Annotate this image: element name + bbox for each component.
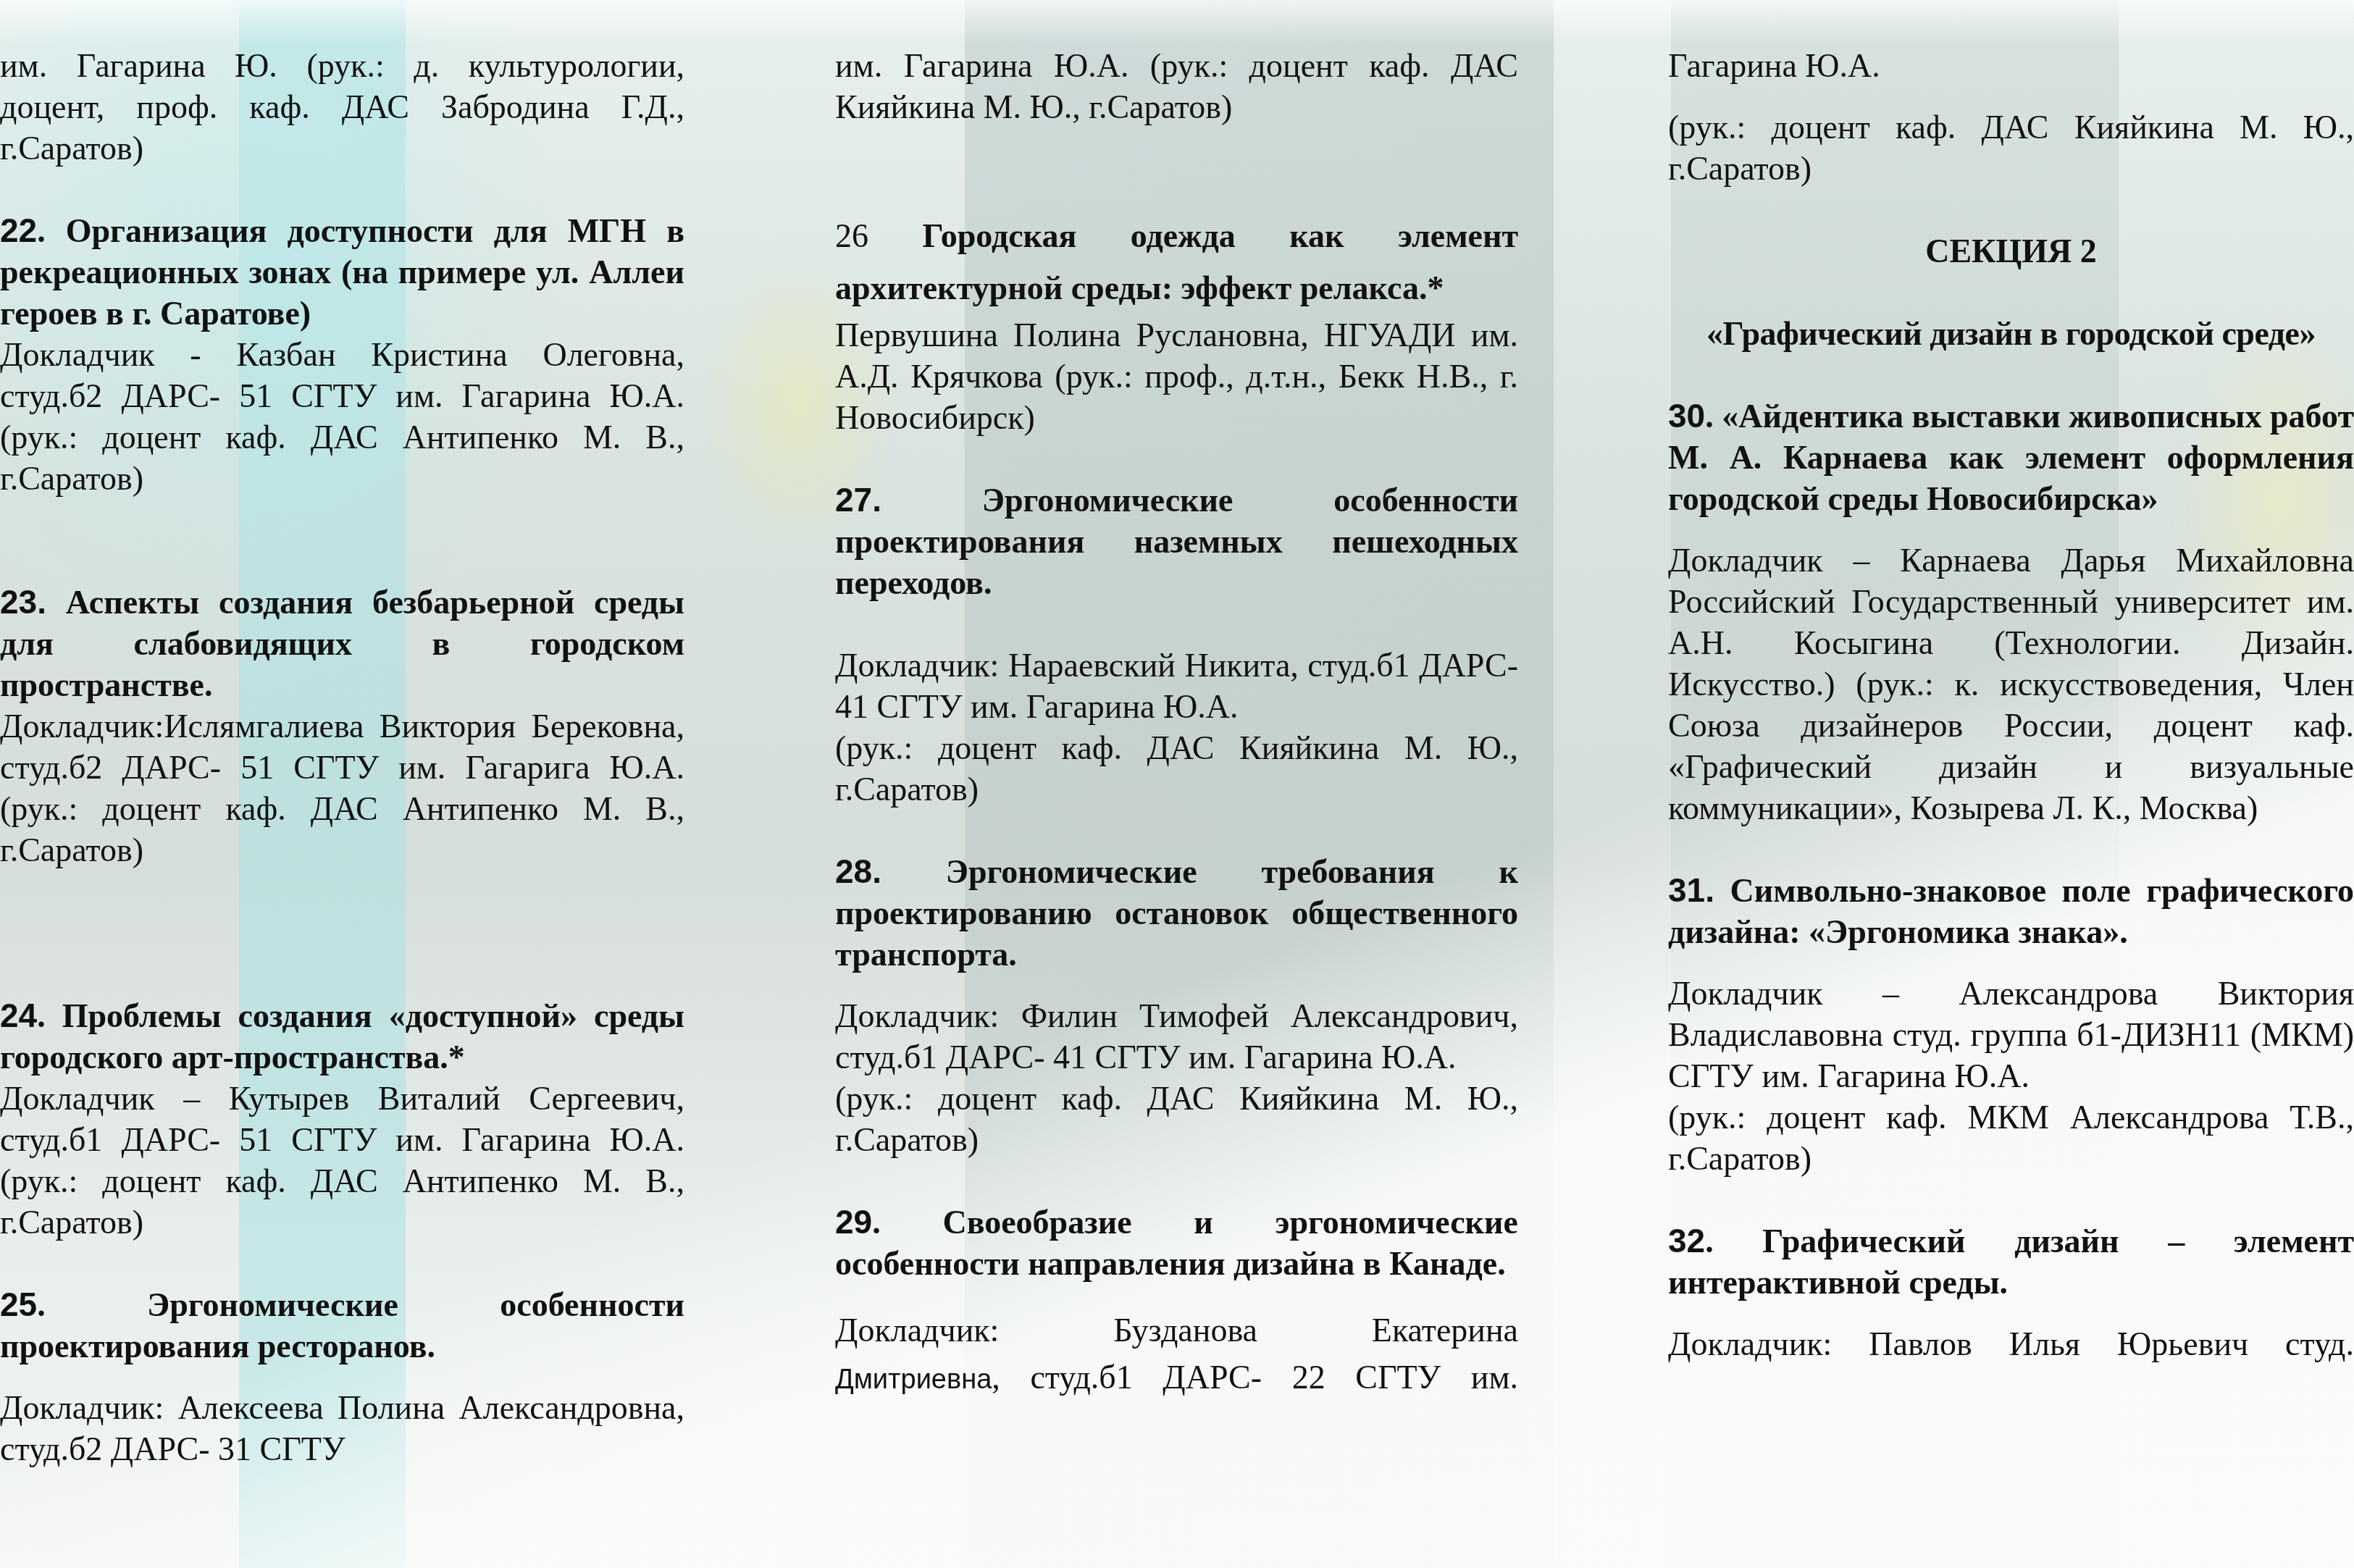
item-speaker: Первушина Полина Руслановна, НГУАДИ им. … <box>835 314 1518 438</box>
item-title: 32. Графический дизайн – элемент интерак… <box>1668 1220 2354 1303</box>
continuation-text-line2: (рук.: доцент каф. ДАС Кияйкина М. Ю., г… <box>1668 106 2354 189</box>
item-speaker: Докладчик – Кутырев Виталий Сергеевич, с… <box>0 1078 684 1243</box>
item-speaker-line2: Дмитриевна, студ.б1 ДАРС- 22 СГТУ им. <box>835 1357 1518 1401</box>
item-supervisor: (рук.: доцент каф. ДАС Кияйкина М. Ю., г… <box>835 1078 1518 1160</box>
item-number: 29 <box>835 1203 872 1241</box>
item-supervisor: (рук.: доцент каф. ДАС Кияйкина М. Ю., г… <box>835 727 1518 810</box>
item-speaker: Докладчик: Филин Тимофей Александрович, … <box>835 995 1518 1078</box>
item-number: 27. <box>835 481 881 519</box>
program-item-24: 24. Проблемы создания «доступной» среды … <box>0 995 684 1243</box>
item-number: 25 <box>0 1286 37 1323</box>
item-title: 28. Эргономические требования к проектир… <box>835 851 1518 975</box>
item-title: 22. Организация доступности для МГН в ре… <box>0 210 684 334</box>
column-middle: им. Гагарина Ю.А. (рук.: доцент каф. ДАС… <box>835 45 1518 1401</box>
program-item-26: 26 Городская одежда как элемент архитект… <box>835 210 1518 438</box>
item-title: 30. «Айдентика выставки живописных работ… <box>1668 395 2354 519</box>
program-item-28: 28. Эргономические требования к проектир… <box>835 851 1518 1160</box>
item-speaker: Докладчик: Алексеева Полина Александровн… <box>0 1387 684 1470</box>
continuation-text-line1: Гагарина Ю.А. <box>1668 45 2354 86</box>
item-supervisor: (рук.: доцент каф. МКМ Александрова Т.В.… <box>1668 1097 2354 1179</box>
item-speaker: Докладчик - Казбан Кристина Олеговна, ст… <box>0 334 684 499</box>
item-speaker: Докладчик: Павлов Илья Юрьевич студ. <box>1668 1323 2354 1364</box>
item-title: 25. Эргономические особенности проектиро… <box>0 1284 684 1367</box>
section-heading: СЕКЦИЯ 2 <box>1668 230 2354 272</box>
item-number: 32 <box>1668 1222 1705 1259</box>
item-number: 24 <box>0 997 37 1034</box>
item-title: 29. Своеобразие и эргономические особенн… <box>835 1202 1518 1284</box>
item-number: 31. <box>1668 871 1714 909</box>
program-item-23: 23. Аспекты создания безбарьерной среды … <box>0 582 684 871</box>
program-item-22: 22. Организация доступности для МГН в ре… <box>0 210 684 499</box>
column-right: Гагарина Ю.А. (рук.: доцент каф. ДАС Кия… <box>1668 45 2354 1364</box>
program-item-27: 27. Эргономические особенности проектиро… <box>835 479 1518 810</box>
program-item-31: 31. Символьно-знаковое поле графического… <box>1668 870 2354 1179</box>
column-left: им. Гагарина Ю. (рук.: д. культурологии,… <box>0 45 684 1470</box>
program-item-30: 30. «Айдентика выставки живописных работ… <box>1668 395 2354 829</box>
item-title: 23. Аспекты создания безбарьерной среды … <box>0 582 684 705</box>
continuation-text: им. Гагарина Ю. (рук.: д. культурологии,… <box>0 45 684 169</box>
continuation-text: им. Гагарина Ю.А. (рук.: доцент каф. ДАС… <box>835 45 1518 127</box>
background-top-fade <box>0 0 2354 43</box>
item-speaker: Докладчик – Александрова Виктория Владис… <box>1668 973 2354 1097</box>
item-title: 31. Символьно-знаковое поле графического… <box>1668 870 2354 952</box>
program-item-25: 25. Эргономические особенности проектиро… <box>0 1284 684 1470</box>
item-speaker: Докладчик: Нараевский Никита, студ.б1 ДА… <box>835 645 1518 727</box>
item-number: 23. <box>0 583 46 621</box>
item-number: 28. <box>835 852 881 890</box>
item-title: 26 Городская одежда как элемент архитект… <box>835 210 1518 314</box>
item-number: 22 <box>0 211 37 249</box>
item-speaker: Докладчик – Карнаева Дарья Михайловна Ро… <box>1668 540 2354 829</box>
item-speaker-line1: Докладчик: Бузданова Екатерина <box>835 1304 1518 1357</box>
item-number: 30 <box>1668 397 1705 435</box>
program-item-29: 29. Своеобразие и эргономические особенн… <box>835 1202 1518 1401</box>
item-speaker: Докладчик:Ислямгалиева Виктория Берековн… <box>0 705 684 871</box>
item-number: 26 <box>835 217 868 254</box>
item-title: 24. Проблемы создания «доступной» среды … <box>0 995 684 1078</box>
item-title: 27. Эргономические особенности проектиро… <box>835 479 1518 603</box>
program-item-32: 32. Графический дизайн – элемент интерак… <box>1668 1220 2354 1364</box>
section-subtitle: «Графический дизайн в городской среде» <box>1668 313 2354 354</box>
